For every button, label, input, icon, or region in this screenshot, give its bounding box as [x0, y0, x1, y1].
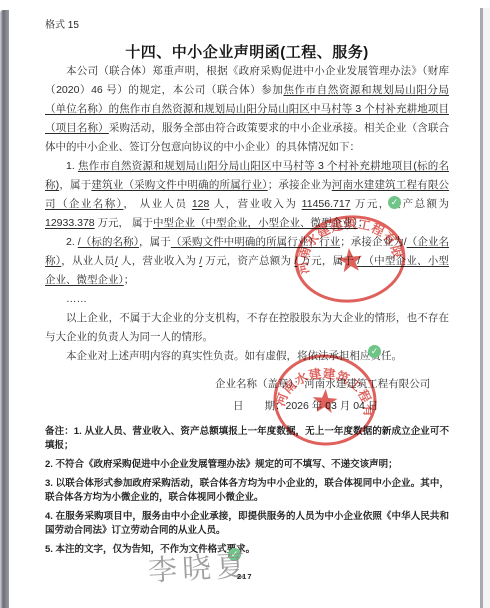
text-segment: 万元， 属于: [95, 217, 153, 229]
note-2: 2. 不符合《政府采购促进中小企业发展管理办法》规定的可不填写、不递交该声明；: [45, 458, 449, 472]
page-title: 十四、中小企业声明函(工程、服务): [45, 41, 449, 62]
note-4: 4. 在服务采购项目中，服务由中小企业承接，即提供服务的人员为中小企业依照《中华…: [45, 510, 449, 538]
text-segment: 2.: [66, 236, 78, 248]
text-segment: 1.: [66, 160, 78, 172]
text-segment: ；: [358, 217, 369, 229]
text-segment: 中型企业（中型企业，小型企业、微型企业）: [153, 217, 358, 229]
text-segment: 12933.378: [45, 217, 95, 229]
text-segment: 128: [192, 198, 210, 210]
enterprise-item-1: 1. 焦作市自然资源和规划局山阳分局山阳区中马村等 3 个村补充耕地项目(标的名…: [45, 157, 449, 233]
date-line: 日 期：2026 年 03 月 04 日: [233, 397, 449, 416]
text-segment: ，属于: [139, 236, 171, 248]
note-3: 3. 以联合体形式参加政府采购活动，联合体各方均为中小企业的，联合体视同中小企业…: [45, 477, 449, 505]
ellipsis-line: ……: [45, 290, 449, 309]
text-segment: （采购文件中明确的所属行业）行业: [171, 236, 340, 248]
document-content: 格式 15 十四、中小企业声明函(工程、服务) 本公司（联合体）郑重声明，根据《…: [45, 16, 449, 562]
enterprise-item-2: 2. /（标的名称），属于（采购文件中明确的所属行业）行业；承接企业为/（企业名…: [45, 233, 449, 290]
text-segment: 人，营业收入为: [209, 198, 301, 210]
text-segment: ；承接企业为: [268, 179, 332, 191]
notes-block: 备注：1. 从业人员、营业收入、资产总额填报上一年度数据，无上一年度数据的新成立…: [45, 425, 449, 557]
format-label: 格式 15: [45, 16, 449, 31]
text-segment: ，属于: [59, 179, 91, 191]
text-segment: /（标的名称）: [78, 236, 139, 248]
text-segment: 建筑业（采购文件中明确的所属行业）: [91, 179, 267, 191]
text-segment: ；承接企业为/: [340, 236, 406, 248]
note-1: 备注：1. 从业人员、营业收入、资产总额填报上一年度数据，无上一年度数据的新成立…: [45, 425, 449, 453]
text-segment: 人，营业收入为: [118, 255, 199, 267]
company-name-line: 企业名称（盖章）：河南水建建筑工程有限公司: [215, 375, 449, 394]
text-segment: 11456.717: [302, 198, 351, 210]
verified-check-icon: ✓: [368, 345, 381, 358]
page-right-gutter: [483, 8, 490, 608]
closing-paragraph-2: 本企业对上述声明内容的真实性负责。如有虚假，将依法承担相应责任。: [45, 347, 449, 366]
text-segment: 万元，资产总额为: [202, 255, 294, 267]
closing-paragraph-1: 以上企业，不属于大企业的分支机构，不存在控股股东为大企业的情形，也不存在与大企业…: [45, 309, 449, 347]
text-segment: ，从业人员: [61, 255, 115, 267]
document-page: { "icons": { "check": "✓" }, "colors": {…: [0, 0, 490, 608]
declaration-paragraph: 本公司（联合体）郑重声明，根据《政府采购促进中小企业发展管理办法》（财库（202…: [45, 62, 449, 157]
page-number: 217: [237, 572, 253, 581]
verified-check-icon: ✓: [388, 196, 401, 209]
text-segment: 万元，属于: [297, 255, 357, 267]
text-segment: ；: [124, 274, 135, 286]
page-left-edge: [0, 10, 9, 608]
text-segment: ， 从业人员: [123, 198, 191, 210]
handwritten-signature: 李晓夏: [147, 543, 251, 589]
